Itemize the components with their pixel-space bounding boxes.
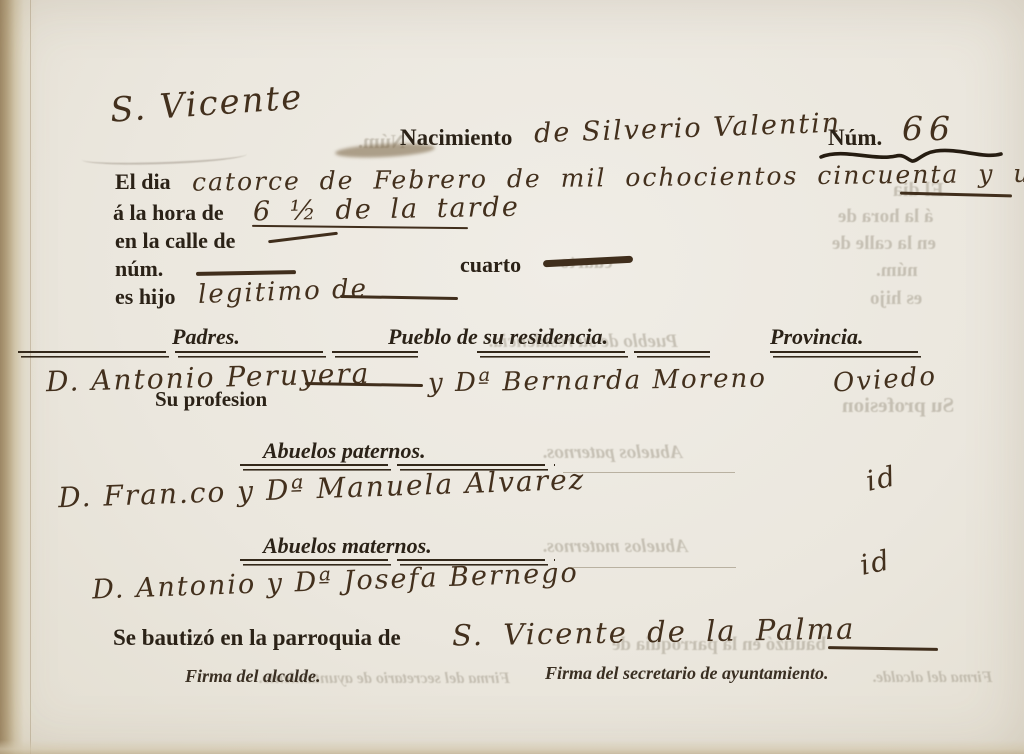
hour-line-label: á la hora de	[113, 200, 224, 226]
paternal-province-idem-handwritten: id	[863, 459, 900, 498]
paternal-answer-faint-line	[563, 472, 735, 473]
pencil-squiggle	[82, 147, 247, 167]
maternal-grandparents-header: Abuelos maternos.	[263, 533, 432, 559]
street-blank-stroke	[268, 232, 338, 244]
column-header-provincia: Provincia.	[770, 324, 864, 350]
ghost-paternos-header: Abuelos paternos.	[542, 442, 682, 464]
ghost-calle: en la calle de	[832, 233, 936, 255]
hour-underline-stroke	[252, 225, 468, 229]
secretary-signature-caption: Firma del secretario de ayuntamiento.	[545, 663, 829, 684]
mayor-signature-caption: Firma del alcalde.	[185, 666, 320, 687]
apartment-label: cuarto	[460, 252, 521, 278]
baptism-parish-handwritten: S. Vicente de la Palma	[452, 611, 856, 652]
column-header-pueblo: Pueblo de su residencia.	[388, 324, 608, 350]
record-number-value: 66	[902, 109, 956, 148]
child-status-label: es hijo	[115, 284, 176, 310]
date-line-label: El dia	[115, 169, 171, 195]
street-line-label: en la calle de	[115, 228, 235, 254]
pueblo-column-rule	[477, 351, 710, 358]
profession-label: Su profesion	[155, 387, 267, 412]
house-number-label: núm.	[115, 256, 163, 282]
book-edge-bottom	[0, 740, 1024, 754]
maternal-province-idem-handwritten: id	[857, 543, 894, 582]
maternal-answer-faint-line	[568, 567, 736, 568]
page-edge-line	[30, 0, 31, 754]
child-name-handwritten: de Silverio Valentin	[534, 108, 842, 150]
ghost-firma-alcalde: Firma del alcalde.	[872, 669, 992, 687]
form-title: Nacimiento	[400, 125, 512, 151]
paternal-grandparents-header: Abuelos paternos.	[263, 438, 426, 464]
child-status-handwritten: legitimo de	[198, 274, 369, 310]
hour-handwritten: 6 ½ de la tarde	[253, 192, 520, 228]
mother-name-handwritten: y Dª Bernarda Moreno	[428, 364, 767, 399]
baptism-label: Se bautizó en la parroquia de	[113, 625, 401, 651]
column-header-padres: Padres.	[172, 324, 240, 350]
provincia-column-rule	[770, 351, 925, 358]
ghost-maternos-header: Abuelos maternos.	[542, 536, 688, 558]
place-annotation-handwritten: S. Vicente	[109, 77, 305, 130]
house-number-blank-stroke	[196, 270, 296, 276]
baptism-trailing-stroke	[828, 646, 938, 650]
birth-record-page: Núm. El dia á la hora de en la calle de …	[0, 0, 1024, 754]
ghost-num2: núm.	[876, 260, 918, 282]
ghost-hora: á la hora de	[838, 206, 934, 228]
book-edge-left	[0, 0, 40, 754]
ghost-es-hijo: es hijo	[870, 288, 922, 310]
